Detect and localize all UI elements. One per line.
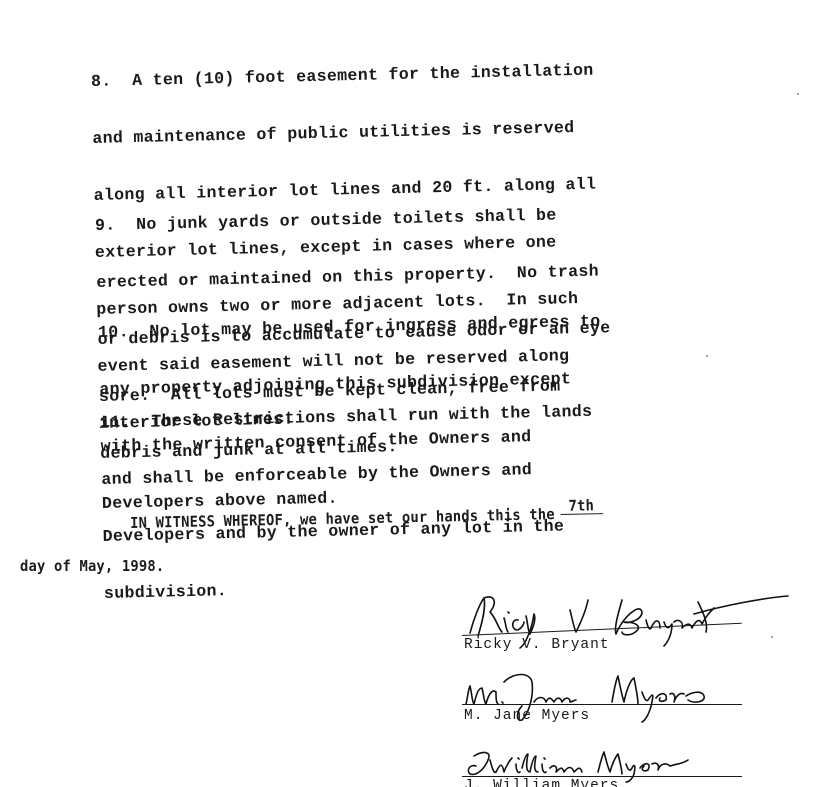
scan-speck xyxy=(706,355,708,357)
signature-block-william-myers: J. William Myers xyxy=(462,752,802,787)
paragraph-line: 11. These Restrictions shall run with th… xyxy=(100,402,593,432)
paragraph-line: 10. No lot may be used for ingress and e… xyxy=(98,312,601,342)
signer-printed-name: Ricky V. Bryant xyxy=(464,637,610,653)
signature-block-jane-myers: M. Jane Myers xyxy=(462,678,802,738)
signature-line xyxy=(462,776,742,777)
witness-date-line: day of May, 1998. xyxy=(20,557,164,575)
scan-speck xyxy=(797,93,799,95)
scan-speck xyxy=(771,636,773,638)
signature-block-ricky-bryant: Ricky V. Bryant xyxy=(462,588,802,658)
paragraph-line: 8. A ten (10) foot easement for the inst… xyxy=(91,61,594,91)
paragraph-line: and shall be enforceable by the Owners a… xyxy=(101,459,594,489)
signer-printed-name: M. Jane Myers xyxy=(464,708,590,724)
paragraph-line: 9. No junk yards or outside toilets shal… xyxy=(95,204,608,235)
signature-line xyxy=(462,704,742,705)
witness-day-blank: 7th xyxy=(560,497,603,515)
signer-printed-name: J. William Myers xyxy=(464,778,619,787)
scanned-document-page: 8. A ten (10) foot easement for the inst… xyxy=(0,0,838,787)
paragraph-line: and maintenance of public utilities is r… xyxy=(92,118,595,148)
